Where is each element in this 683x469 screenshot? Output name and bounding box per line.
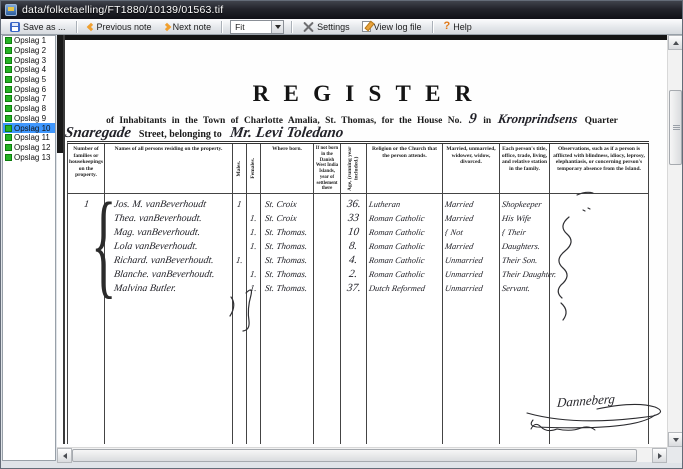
- page-marker-icon: [5, 125, 12, 132]
- register-empty-cell-c6: [314, 292, 341, 444]
- title-bar: data/folketaelling/FT1880/10139/01563.ti…: [1, 1, 682, 19]
- register-cell-r2-c2: Thea. vanBeverhoudt.: [105, 208, 233, 222]
- register-cell-r2-c4: 1.: [247, 208, 261, 222]
- register-heading: REGISTER: [57, 81, 667, 107]
- column-header-3: Males.: [233, 144, 247, 194]
- save-as-label: Save as ...: [23, 22, 66, 32]
- toolbar-separator: [291, 21, 293, 33]
- app-icon: [5, 4, 17, 16]
- page-marker-icon: [5, 154, 12, 161]
- column-header-10: Each person's title, office, trade, livi…: [500, 144, 550, 194]
- help-label: Help: [453, 22, 472, 32]
- register-cell-r3-c10: { Their: [500, 222, 550, 236]
- column-header-8: Religion or the Church that the person a…: [367, 144, 443, 194]
- register-cell-r4-c8: Roman Catholic: [367, 236, 443, 250]
- register-cell-r1-c4: [247, 194, 261, 208]
- save-as-button[interactable]: Save as ...: [5, 21, 71, 33]
- register-cell-r5-c10: Their Son.: [500, 250, 550, 264]
- chevron-down-icon: [275, 25, 281, 29]
- register-cell-r3-c3: [233, 222, 247, 236]
- page-marker-icon: [5, 57, 12, 64]
- window-title: data/folketaelling/FT1880/10139/01563.ti…: [22, 4, 223, 16]
- sidebar-item-7[interactable]: Opslag 7: [3, 94, 55, 104]
- page-marker-icon: [5, 95, 12, 102]
- settings-button[interactable]: Settings: [298, 20, 355, 33]
- register-cell-r3-c11: [550, 222, 649, 236]
- register-cell-r7-c10: Servant.: [500, 278, 550, 292]
- register-cell-r1-c11: [550, 194, 649, 208]
- arrow-down-icon: [673, 438, 679, 442]
- register-cell-r4-c5: St. Thomas.: [261, 236, 314, 250]
- tools-icon: [303, 21, 314, 32]
- scrollbar-corner: [667, 447, 683, 463]
- register-cell-r3-c6: [314, 222, 341, 236]
- scroll-down-button[interactable]: [668, 432, 683, 447]
- register-cell-r7-c2: Malvina Butler.: [105, 278, 233, 292]
- previous-note-label: Previous note: [97, 22, 152, 32]
- toolbar-separator: [221, 21, 223, 33]
- zoom-select-value: Fit: [235, 22, 244, 32]
- column-header-6: If not born in the Danish West India Isl…: [314, 144, 341, 194]
- register-cell-r6-c4: 1.: [247, 264, 261, 278]
- column-header-4: Females.: [247, 144, 261, 194]
- document-viewer: REGISTER of Inhabitants in the Town of C…: [57, 35, 667, 447]
- toolbar-separator: [76, 21, 78, 33]
- sidebar-item-13[interactable]: Opslag 13: [3, 152, 55, 162]
- subtitle-printed-in: in: [483, 116, 491, 126]
- page-marker-icon: [5, 115, 12, 122]
- sidebar-item-9[interactable]: Opslag 9: [3, 114, 55, 124]
- register-cell-r2-c9: Married: [443, 208, 500, 222]
- scroll-right-button[interactable]: [652, 448, 667, 463]
- house-number-handwritten: 9: [468, 111, 478, 128]
- belonging-printed-text: Street, belonging to: [139, 129, 222, 140]
- register-cell-r4-c4: 1.: [247, 236, 261, 250]
- register-cell-r7-c8: Dutch Reformed: [367, 278, 443, 292]
- household-brace-ink: {: [91, 185, 116, 303]
- register-empty-cell-c8: [367, 292, 443, 444]
- register-cell-r1-c2: Jos. M. vanBeverhoudt: [105, 194, 233, 208]
- sidebar-item-label: Opslag 1: [14, 36, 46, 45]
- register-empty-cell-c10: [500, 292, 550, 444]
- page-marker-icon: [5, 37, 12, 44]
- register-cell-r3-c2: Mag. vanBeverhoudt.: [105, 222, 233, 236]
- toolbar: Save as ... Previous note Next note Fit …: [1, 19, 682, 35]
- register-cell-r5-c7: 4.: [341, 250, 367, 264]
- vertical-scrollbar[interactable]: [667, 35, 682, 447]
- register-cell-r6-c2: Blanche. vanBeverhoudt.: [105, 264, 233, 278]
- toolbar-separator: [432, 21, 434, 33]
- scroll-up-button[interactable]: [668, 35, 683, 50]
- sidebar-item-4[interactable]: Opslag 4: [3, 65, 55, 75]
- page-marker-icon: [5, 86, 12, 93]
- register-cell-r5-c2: Richard. vanBeverhoudt.: [105, 250, 233, 264]
- register-cell-r4-c7: 8.: [341, 236, 367, 250]
- register-empty-cell-c9: [443, 292, 500, 444]
- register-cell-r2-c6: [314, 208, 341, 222]
- register-empty-cell-c5: [261, 292, 314, 444]
- register-cell-r5-c6: [314, 250, 341, 264]
- log-file-icon: [362, 21, 371, 32]
- sidebar-item-5[interactable]: Opslag 5: [3, 75, 55, 85]
- register-empty-cell-c1: [68, 292, 105, 444]
- page-list-sidebar: Opslag 1Opslag 2Opslag 3Opslag 4Opslag 5…: [2, 35, 56, 461]
- register-cell-r1-c9: Married: [443, 194, 500, 208]
- register-cell-r3-c5: St. Thomas.: [261, 222, 314, 236]
- arrow-left-icon: [63, 453, 67, 459]
- column-header-7: Age, (running year included.): [341, 144, 367, 194]
- zoom-select-dropdown[interactable]: [271, 21, 283, 33]
- help-button[interactable]: ? Help: [439, 20, 477, 33]
- register-cell-r2-c5: St. Croix: [261, 208, 314, 222]
- sidebar-item-8[interactable]: Opslag 8: [3, 104, 55, 114]
- sidebar-item-2[interactable]: Opslag 2: [3, 46, 55, 56]
- register-cell-r1-c3: 1: [233, 194, 247, 208]
- register-cell-r5-c9: Unmarried: [443, 250, 500, 264]
- register-cell-r1-c7: 36.: [341, 194, 367, 208]
- sidebar-item-label: Opslag 6: [14, 85, 46, 94]
- sidebar-item-label: Opslag 8: [14, 104, 46, 113]
- register-cell-r2-c8: Roman Catholic: [367, 208, 443, 222]
- page-marker-icon: [5, 144, 12, 151]
- register-cell-r4-c3: [233, 236, 247, 250]
- register-cell-r1-c6: [314, 194, 341, 208]
- horizontal-scroll-thumb[interactable]: [72, 449, 637, 462]
- scroll-left-button[interactable]: [57, 448, 72, 463]
- sidebar-item-label: Opslag 13: [14, 153, 50, 162]
- register-cell-r6-c8: Roman Catholic: [367, 264, 443, 278]
- save-icon: [10, 22, 20, 32]
- column-header-11: Observations, such as if a person is aff…: [550, 144, 649, 194]
- sidebar-item-3[interactable]: Opslag 3: [3, 55, 55, 65]
- sidebar-item-11[interactable]: Opslag 11: [3, 133, 55, 143]
- chevron-left-icon: [86, 22, 94, 30]
- register-cell-r4-c10: Daughters.: [500, 236, 550, 250]
- register-cell-r1-c5: St. Croix: [261, 194, 314, 208]
- register-cell-r6-c6: [314, 264, 341, 278]
- sidebar-item-label: Opslag 11: [14, 133, 50, 142]
- page-marker-icon: [5, 105, 12, 112]
- register-cell-r4-c9: Married: [443, 236, 500, 250]
- column-header-2: Names of all persons residing on the pro…: [105, 144, 233, 194]
- sidebar-item-10[interactable]: Opslag 10: [3, 123, 55, 133]
- page-marker-icon: [5, 47, 12, 54]
- register-cell-r4-c11: [550, 236, 649, 250]
- register-cell-r7-c9: Unmarried: [443, 278, 500, 292]
- register-cell-r7-c3: [233, 278, 247, 292]
- register-cell-r1-c8: Lutheran: [367, 194, 443, 208]
- register-cell-r3-c7: 10: [341, 222, 367, 236]
- register-cell-r7-c4: 1.: [247, 278, 261, 292]
- app-window: data/folketaelling/FT1880/10139/01563.ti…: [0, 0, 683, 469]
- register-cell-r2-c3: [233, 208, 247, 222]
- page-marker-icon: [5, 66, 12, 73]
- view-log-label: View log file: [374, 22, 422, 32]
- sidebar-item-12[interactable]: Opslag 12: [3, 143, 55, 153]
- sidebar-item-label: Opslag 9: [14, 114, 46, 123]
- column-header-5: Where born.: [261, 144, 314, 194]
- register-cell-r5-c11: [550, 250, 649, 264]
- column-header-9: Married, unmarried, widower, widow, divo…: [443, 144, 500, 194]
- register-cell-r3-c4: 1.: [247, 222, 261, 236]
- register-empty-cell-c2: [105, 292, 233, 444]
- question-mark-icon: ?: [444, 21, 451, 32]
- zoom-select[interactable]: Fit: [230, 20, 284, 34]
- register-empty-cell-c3: [233, 292, 247, 444]
- page-marker-icon: [5, 134, 12, 141]
- sidebar-item-label: Opslag 12: [14, 143, 50, 152]
- register-cell-r7-c6: [314, 278, 341, 292]
- sidebar-item-1[interactable]: Opslag 1: [3, 36, 55, 46]
- register-cell-r2-c7: 33: [341, 208, 367, 222]
- scan-edge-top: [57, 35, 667, 40]
- register-cell-r4-c6: [314, 236, 341, 250]
- page-marker-icon: [5, 76, 12, 83]
- view-log-file-button[interactable]: View log file: [357, 20, 427, 33]
- settings-label: Settings: [317, 22, 350, 32]
- subtitle-printed-quarter: Quarter: [585, 116, 618, 126]
- register-cell-r4-c2: Lola vanBeverhoudt.: [105, 236, 233, 250]
- register-empty-cell-c7: [341, 292, 367, 444]
- register-cell-r5-c4: [247, 250, 261, 264]
- register-cell-r6-c11: [550, 264, 649, 278]
- register-empty-cell-c4: [247, 292, 261, 444]
- register-cell-r2-c11: [550, 208, 649, 222]
- next-note-button[interactable]: Next note: [159, 21, 217, 33]
- sidebar-item-label: Opslag 4: [14, 65, 46, 74]
- street-name-handwritten: Snaregade: [64, 125, 132, 142]
- register-empty-cell-c11: [550, 292, 649, 444]
- sidebar-item-label: Opslag 5: [14, 75, 46, 84]
- register-cell-r6-c3: [233, 264, 247, 278]
- quarter-name-handwritten: Kronprindsens: [497, 111, 579, 127]
- register-cell-r3-c8: Roman Catholic: [367, 222, 443, 236]
- chevron-right-icon: [162, 22, 170, 30]
- horizontal-scrollbar[interactable]: [57, 447, 667, 462]
- register-cell-r5-c5: St. Thomas.: [261, 250, 314, 264]
- register-cell-r6-c7: 2.: [341, 264, 367, 278]
- register-cell-r7-c5: St. Thomas.: [261, 278, 314, 292]
- register-cell-r7-c7: 37.: [341, 278, 367, 292]
- arrow-right-icon: [658, 453, 662, 459]
- sidebar-item-label: Opslag 10: [14, 124, 50, 133]
- sidebar-item-label: Opslag 2: [14, 46, 46, 55]
- vertical-scroll-thumb[interactable]: [669, 90, 682, 165]
- register-cell-r5-c3: 1.: [233, 250, 247, 264]
- register-cell-r5-c8: Roman Catholic: [367, 250, 443, 264]
- sidebar-item-label: Opslag 7: [14, 94, 46, 103]
- register-cell-r6-c9: Unmarried: [443, 264, 500, 278]
- register-cell-r3-c9: { Not: [443, 222, 500, 236]
- register-cell-r6-c10: Their Daughter.: [500, 264, 550, 278]
- register-cell-r1-c10: Shopkeeper: [500, 194, 550, 208]
- register-cell-r7-c11: [550, 278, 649, 292]
- arrow-up-icon: [673, 41, 679, 45]
- register-cell-r6-c5: St. Thomas.: [261, 264, 314, 278]
- register-cell-r2-c10: His Wife: [500, 208, 550, 222]
- next-note-label: Next note: [173, 22, 212, 32]
- sidebar-item-6[interactable]: Opslag 6: [3, 84, 55, 94]
- previous-note-button[interactable]: Previous note: [83, 21, 157, 33]
- sidebar-item-label: Opslag 3: [14, 56, 46, 65]
